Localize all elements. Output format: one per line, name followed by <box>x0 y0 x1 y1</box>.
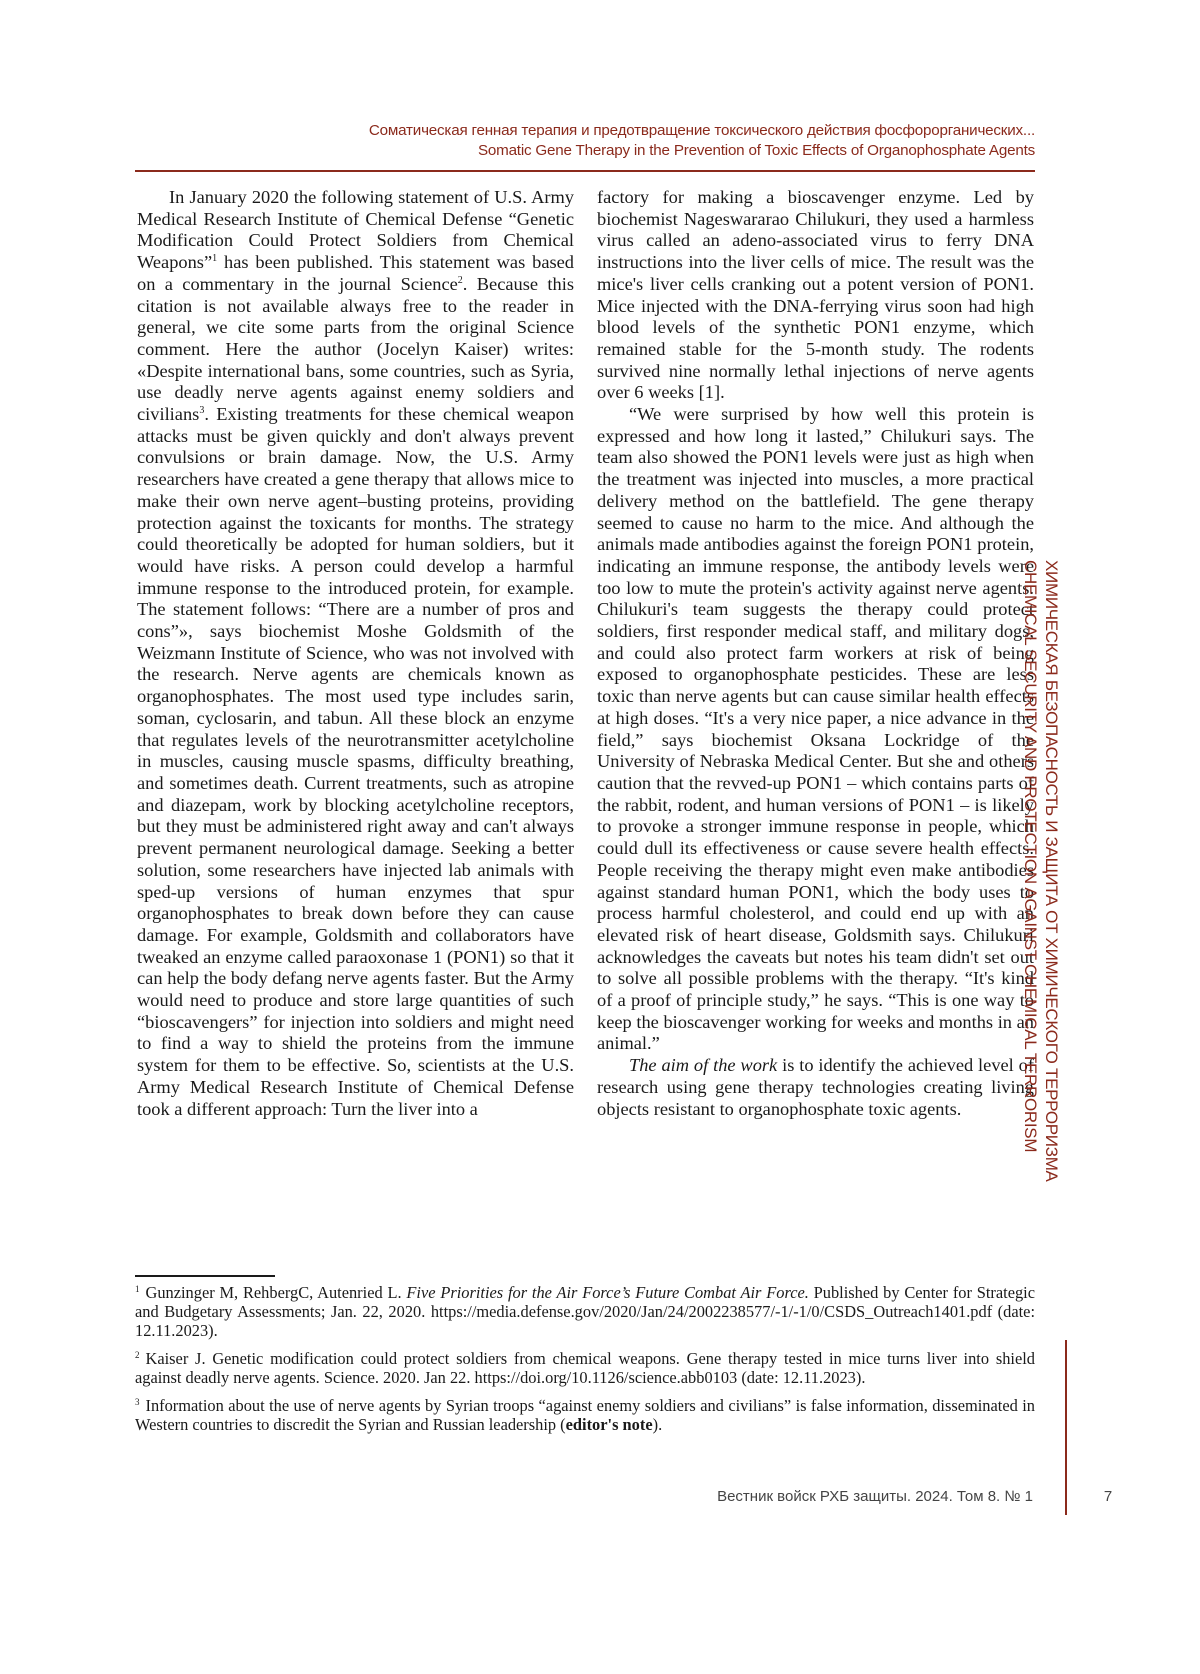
footnotes: 1Gunzinger M, RehbergC, Autenried L. Fiv… <box>135 1283 1035 1443</box>
footnote-2: 2Kaiser J. Genetic modification could pr… <box>135 1349 1035 1387</box>
side-divider <box>1065 1340 1067 1515</box>
side-banner: ХИМИЧЕСКАЯ БЕЗОПАСНОСТЬ И ЗАЩИТА ОТ ХИМИ… <box>1020 560 1062 1310</box>
running-header: Соматическая генная терапия и предотвращ… <box>135 121 1035 161</box>
running-header-title-en: Somatic Gene Therapy in the Prevention o… <box>135 141 1035 161</box>
footnote-1: 1Gunzinger M, RehbergC, Autenried L. Fiv… <box>135 1283 1035 1340</box>
text-run: . Because this citation is not available… <box>137 274 574 424</box>
aim-label: The aim of the work <box>629 1055 777 1075</box>
footnote-3: 3Information about the use of nerve agen… <box>135 1396 1035 1434</box>
text-run: . Existing treatments for these chemical… <box>137 404 574 1119</box>
side-banner-ru: ХИМИЧЕСКАЯ БЕЗОПАСНОСТЬ И ЗАЩИТА ОТ ХИМИ… <box>1041 560 1062 1310</box>
citation-title: Five Priorities for the Air Force’s Futu… <box>406 1283 808 1302</box>
footnote-divider <box>135 1275 275 1277</box>
footnote-number: 1 <box>135 1284 140 1294</box>
body-column-left: In January 2020 the following statement … <box>137 187 574 1120</box>
header-divider <box>135 170 1035 172</box>
body-column-right: factory for making a bioscavenger enzyme… <box>597 187 1034 1120</box>
paragraph-aim: The aim of the work is to identify the a… <box>597 1055 1034 1120</box>
side-banner-en: CHEMICAL SECURITY AND PROTECTION AGAINST… <box>1020 560 1041 1310</box>
paragraph: factory for making a bioscavenger enzyme… <box>597 187 1034 404</box>
footnote-number: 3 <box>135 1397 140 1407</box>
footnote-number: 2 <box>135 1350 140 1360</box>
editors-note: editor's note <box>566 1415 653 1434</box>
page-number: 7 <box>1093 1488 1123 1505</box>
text-run[interactable]: Kaiser J. Genetic modification could pro… <box>135 1349 1035 1387</box>
paragraph: “We were surprised by how well this prot… <box>597 404 1034 1055</box>
text-run: Gunzinger M, RehbergC, Autenried L. <box>146 1283 407 1302</box>
text-run: ). <box>653 1415 663 1434</box>
footer-journal-name: Вестник войск РХБ защиты. 2024. Том 8. №… <box>600 1488 1033 1505</box>
paragraph: In January 2020 the following statement … <box>137 187 574 1120</box>
running-header-title-ru: Соматическая генная терапия и предотвращ… <box>135 121 1035 141</box>
